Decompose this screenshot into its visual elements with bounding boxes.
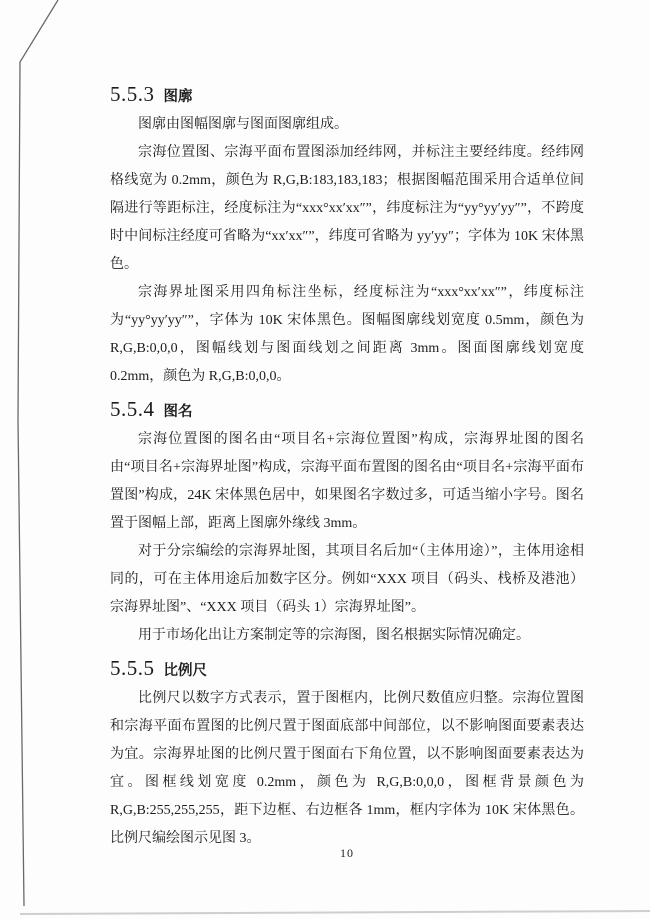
page-number: 10	[110, 846, 584, 861]
heading-number: 5.5.4	[110, 397, 155, 421]
paragraph: 用于市场化出让方案制定等的宗海图，图名根据实际情况确定。	[110, 622, 584, 650]
section-heading: 5.5.5比例尺	[110, 654, 584, 685]
section-5-5-4: 5.5.4图名 宗海位置图的图名由“项目名+宗海位置图”构成，宗海界址图的图名由…	[110, 395, 584, 650]
heading-title: 比例尺	[164, 663, 208, 679]
paragraph: 对于分宗编绘的宗海界址图，其项目名后加“（主体用途）”，主体用途相同的，可在主体…	[110, 538, 584, 622]
heading-number: 5.5.5	[110, 656, 155, 680]
document-page: 5.5.3图廓 图廓由图幅图廓与图面图廓组成。 宗海位置图、宗海平面布置图添加经…	[0, 0, 650, 919]
section-heading: 5.5.3图廓	[110, 80, 584, 111]
paragraph: 比例尺以数字方式表示，置于图框内，比例尺数值应归整。宗海位置图和宗海平面布置图的…	[110, 685, 584, 853]
heading-title: 图名	[164, 404, 193, 420]
paragraph: 图廓由图幅图廓与图面图廓组成。	[110, 111, 584, 139]
section-5-5-3: 5.5.3图廓 图廓由图幅图廓与图面图廓组成。 宗海位置图、宗海平面布置图添加经…	[110, 80, 584, 391]
paragraph: 宗海位置图、宗海平面布置图添加经纬网，并标注主要经纬度。经纬网格线宽为 0.2m…	[110, 139, 584, 279]
section-heading: 5.5.4图名	[110, 395, 584, 426]
heading-title: 图廓	[164, 89, 193, 105]
paragraph: 宗海界址图采用四角标注坐标，经度标注为“xxx°xx′xx″”，纬度标注为“yy…	[110, 279, 584, 391]
section-5-5-5: 5.5.5比例尺 比例尺以数字方式表示，置于图框内，比例尺数值应归整。宗海位置图…	[110, 654, 584, 853]
document-body: 5.5.3图廓 图廓由图幅图廓与图面图廓组成。 宗海位置图、宗海平面布置图添加经…	[110, 80, 584, 853]
heading-number: 5.5.3	[110, 82, 155, 106]
paragraph: 宗海位置图的图名由“项目名+宗海位置图”构成，宗海界址图的图名由“项目名+宗海界…	[110, 426, 584, 538]
